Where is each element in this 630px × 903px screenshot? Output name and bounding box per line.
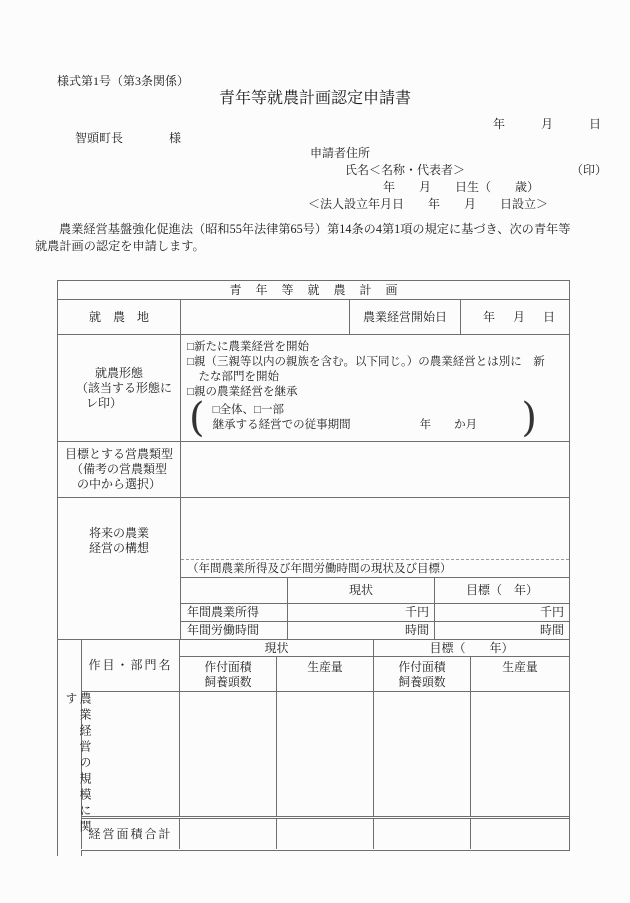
target-production-cell	[471, 692, 569, 816]
income-header-spacer	[181, 578, 288, 603]
vision-freetext-area	[181, 498, 569, 560]
annual-income-label: 年間農業所得	[181, 604, 288, 621]
current-production-label: 生産量	[307, 660, 342, 675]
checkbox-option-new-start: □新たに農業経営を開始	[187, 340, 569, 355]
farming-form-label: 就農形態 （該当する形態に レ印）	[58, 335, 181, 441]
application-form-page: 様式第1号（第3条関係） 青年等就農計画認定申請書 年 月 日 智頭町長 様 申…	[0, 0, 630, 903]
target-area-header: 作付面積 飼養頭数	[374, 657, 471, 691]
succession-detail-lines: □全体、□一部 継承する経営での従事期間 年 か月	[205, 402, 522, 434]
plan-table-title-row: 青年等就農計画	[58, 281, 569, 300]
plan-table: 青年等就農計画 就農地 農業経営開始日 年 月 日 就農形態 （該当する形態に …	[57, 280, 570, 851]
current-production-header: 生産量	[277, 657, 374, 691]
farming-type-value-cell	[181, 442, 569, 497]
current-production-cell	[277, 692, 374, 816]
target-production-label: 生産量	[502, 660, 537, 675]
income-header-current: 現状	[288, 578, 435, 603]
seal-mark: （印）	[571, 163, 607, 178]
farming-place-row: 就農地 農業経営開始日 年 月 日	[58, 300, 569, 335]
future-vision-content: （年間農業所得及び年間労働時間の現状及び目標） 現状 目標（ 年） 年間農業所得…	[181, 498, 569, 639]
future-vision-row: 将来の農業 経営の構想 （年間農業所得及び年間労働時間の現状及び目標） 現状 目…	[58, 498, 569, 640]
current-area-header: 作付面積 飼養頭数	[180, 657, 277, 691]
current-area-line2: 飼養頭数	[204, 675, 251, 690]
current-area-cell	[180, 692, 277, 816]
annual-labor-current-unit: 時間	[288, 622, 435, 639]
checkbox-option-whole-part: □全体、□一部	[213, 403, 522, 418]
page-break-border-gap	[57, 850, 82, 851]
addressee-line: 智頭町長 様	[75, 131, 181, 146]
crop-name-column-label: 作目・部門名	[82, 640, 180, 691]
farming-place-value-cell	[181, 300, 350, 334]
total-current-production-cell	[277, 819, 374, 849]
annual-income-current-unit: 千円	[288, 604, 435, 621]
scale-side-cell: 農業経営の規模に関す	[58, 640, 82, 849]
close-paren: )	[521, 402, 537, 434]
open-paren: (	[189, 402, 205, 434]
scale-header: 作目・部門名 現状 目標（ 年） 作付面積 飼養頭数 生	[82, 640, 569, 692]
income-table-header: 現状 目標（ 年）	[181, 578, 569, 604]
farming-type-label-line1: 目標とする営農類型	[58, 447, 180, 462]
future-vision-label-line1: 将来の農業	[58, 526, 180, 541]
start-date-value-cell: 年 月 日	[461, 300, 569, 334]
scale-body: 作目・部門名 現状 目標（ 年） 作付面積 飼養頭数 生	[82, 640, 569, 849]
checkbox-option-new-division: □親（三親等以内の親族を含む。以下同じ。）の農業経営とは別に 新	[187, 355, 569, 370]
total-area-row: 経営面積合計	[82, 816, 569, 849]
left-border-extension	[57, 850, 58, 856]
annual-labor-target-unit: 時間	[435, 622, 569, 639]
farming-type-label-line2: （備考の営農類型	[58, 462, 180, 477]
form-number: 様式第1号（第3条関係）	[57, 74, 189, 89]
succession-period-line: 継承する経営での従事期間 年 か月	[213, 418, 522, 433]
total-target-area-cell	[374, 819, 471, 849]
current-area-line1: 作付面積	[204, 660, 251, 675]
management-scale-section: 農業経営の規模に関す 作目・部門名 現状 目標（ 年） 作付面積 飼養頭数	[58, 640, 569, 849]
farming-type-row: 目標とする営農類型 （備考の営農類型 の中から選択）	[58, 442, 569, 498]
scale-group-current: 現状	[180, 640, 374, 656]
target-production-header: 生産量	[471, 657, 569, 691]
target-area-line2: 飼養頭数	[398, 675, 445, 690]
side-column-border-extension	[81, 850, 82, 856]
scale-data-row	[82, 692, 569, 816]
applicant-address-label: 申請者住所	[310, 146, 370, 161]
succession-detail-group: ( □全体、□一部 継承する経営での従事期間 年 か月 )	[189, 402, 537, 434]
intro-paragraph: 農業経営基盤強化促進法（昭和55年法律第65号）第14条の4第1項の規定に基づき…	[35, 221, 575, 255]
start-date-label: 農業経営開始日	[350, 300, 461, 334]
annual-income-target-unit: 千円	[435, 604, 569, 621]
annual-income-row: 年間農業所得 千円 千円	[181, 604, 569, 622]
total-current-area-cell	[180, 819, 277, 849]
birthdate-line: 年 月 日生（ 歳）	[383, 180, 539, 195]
start-month-label: 月	[513, 310, 525, 325]
addressee-honorific: 様	[169, 131, 181, 146]
plan-table-title: 青年等就農計画	[215, 281, 411, 299]
income-header-target: 目標（ 年）	[435, 578, 569, 603]
date-line: 年 月 日	[493, 117, 601, 132]
target-area-cell	[374, 692, 471, 816]
addressee-name: 智頭町長	[75, 131, 123, 146]
annual-labor-row: 年間労働時間 時間 時間	[181, 622, 569, 639]
scale-sub-header: 作付面積 飼養頭数 生産量 作付面積 飼養頭数 生産量	[180, 657, 569, 691]
farming-form-row: 就農形態 （該当する形態に レ印） □新たに農業経営を開始 □親（三親等以内の親…	[58, 335, 569, 442]
scale-group-header: 現状 目標（ 年）	[180, 640, 569, 657]
scale-header-right: 現状 目標（ 年） 作付面積 飼養頭数 生産量	[180, 640, 569, 691]
scale-group-target: 目標（ 年）	[374, 640, 569, 656]
target-area-line1: 作付面積	[398, 660, 445, 675]
total-area-label: 経営面積合計	[82, 819, 180, 849]
corporation-established-line: ＜法人設立年月日 年 月 日設立＞	[308, 197, 548, 212]
total-target-production-cell	[471, 819, 569, 849]
farming-form-label-line1: 就農形態	[58, 366, 180, 381]
farming-form-options-cell: □新たに農業経営を開始 □親（三親等以内の親族を含む。以下同じ。）の農業経営とは…	[181, 335, 569, 441]
scale-side-label: 農業経営の規模に関す	[64, 692, 92, 849]
crop-name-cell	[82, 692, 180, 816]
farming-place-label: 就農地	[58, 300, 181, 334]
annual-labor-label: 年間労働時間	[181, 622, 288, 639]
future-vision-label: 将来の農業 経営の構想	[58, 498, 181, 639]
farming-form-label-line2: （該当する形態に	[58, 381, 180, 396]
farming-type-label-line3: の中から選択）	[58, 477, 180, 492]
farming-type-label: 目標とする営農類型 （備考の営農類型 の中から選択）	[58, 442, 181, 497]
start-year-label: 年	[483, 310, 495, 325]
checkbox-option-new-division-cont: たな部門を開始	[187, 370, 569, 385]
start-day-label: 日	[543, 310, 555, 325]
applicant-name-label: 氏名＜名称・代表者＞	[345, 163, 465, 178]
farming-form-label-line3: レ印）	[58, 396, 180, 411]
future-vision-label-line2: 経営の構想	[58, 541, 180, 556]
document-title: 青年等就農計画認定申請書	[0, 89, 630, 108]
income-table-caption: （年間農業所得及び年間労働時間の現状及び目標）	[181, 560, 569, 578]
checkbox-option-succession: □親の農業経営を継承	[187, 385, 569, 400]
